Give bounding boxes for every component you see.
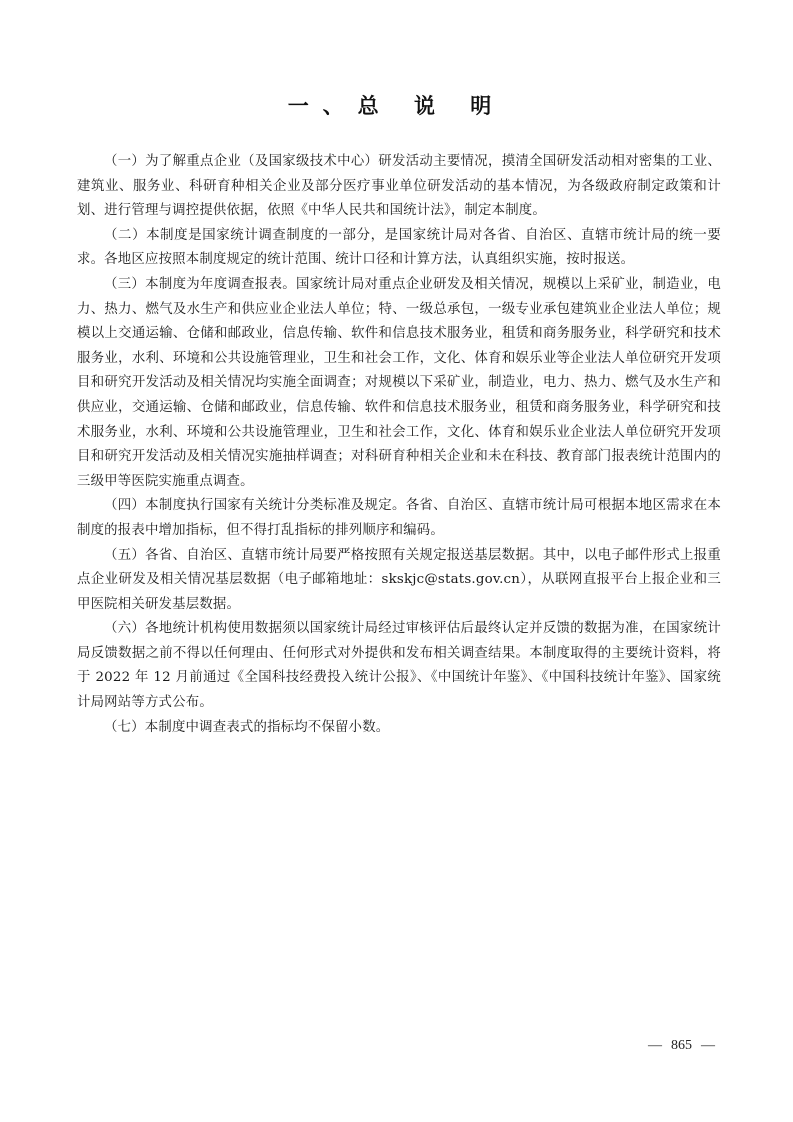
- paragraph-1: （一）为了解重点企业（及国家级技术中心）研发活动主要情况，摸清全国研发活动相对密…: [77, 150, 721, 224]
- page-footer: —865—: [648, 1038, 715, 1054]
- footer-dash-right: —: [701, 1038, 715, 1054]
- document-page: 一、总 说 明 （一）为了解重点企业（及国家级技术中心）研发活动主要情况，摸清全…: [0, 0, 793, 1122]
- paragraph-4: （四）本制度执行国家有关统计分类标准及规定。各省、自治区、直辖市统计局可根据本地…: [77, 494, 721, 543]
- paragraph-6: （六）各地统计机构使用数据须以国家统计局经过审核评估后最终认定并反馈的数据为准，…: [77, 617, 721, 715]
- page-number: 865: [671, 1038, 692, 1054]
- document-body: （一）为了解重点企业（及国家级技术中心）研发活动主要情况，摸清全国研发活动相对密…: [77, 150, 721, 740]
- paragraph-2: （二）本制度是国家统计调查制度的一部分，是国家统计局对各省、自治区、直辖市统计局…: [77, 224, 721, 273]
- paragraph-7: （七）本制度中调查表式的指标均不保留小数。: [77, 716, 721, 741]
- paragraph-3: （三）本制度为年度调查报表。国家统计局对重点企业研发及相关情况，规模以上采矿业，…: [77, 273, 721, 494]
- paragraph-5: （五）各省、自治区、直辖市统计局要严格按照有关规定报送基层数据。其中，以电子邮件…: [77, 544, 721, 618]
- footer-dash-left: —: [648, 1038, 662, 1054]
- page-title: 一、总 说 明: [0, 90, 793, 120]
